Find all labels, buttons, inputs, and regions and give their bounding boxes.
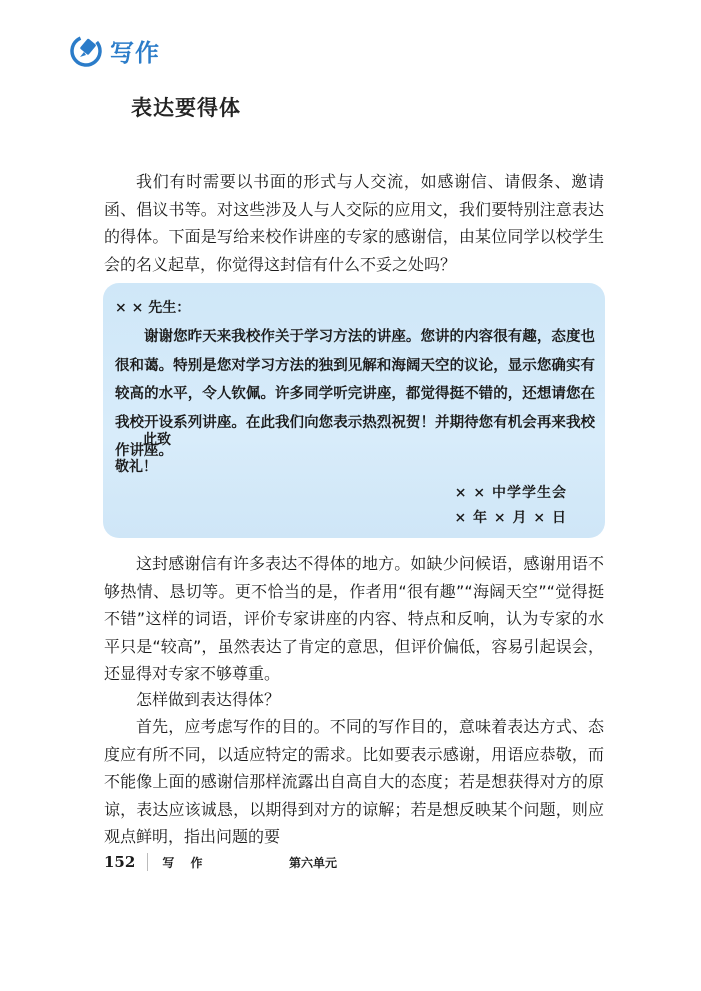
- writing-pen-icon: [70, 35, 102, 67]
- page-footer: 152 写 作 第六单元: [104, 853, 209, 871]
- section-header: 写作: [70, 33, 160, 68]
- page-title: 表达要得体: [131, 92, 241, 122]
- sample-letter-box: × × 先生： 谢谢您昨天来我校作关于学习方法的讲座。您讲的内容很有趣，态度也很…: [103, 283, 605, 538]
- intro-paragraph: 我们有时需要以书面的形式与人交流，如感谢信、请假条、邀请函、倡议书等。对这些涉及…: [104, 168, 604, 278]
- page-number: 152: [104, 853, 135, 871]
- letter-closing-1: 此致: [143, 429, 171, 449]
- footer-section: 写 作: [162, 854, 208, 871]
- letter-salutation: × × 先生：: [115, 297, 190, 317]
- footer-divider: [147, 853, 148, 871]
- analysis-paragraph: 这封感谢信有许多表达不得体的地方。如缺少问候语，感谢用语不够热情、恳切等。更不恰…: [104, 550, 604, 688]
- letter-closing-2: 敬礼！: [115, 456, 157, 476]
- letter-body: 谢谢您昨天来我校作关于学习方法的讲座。您讲的内容很有趣，态度也很和蔼。特别是您对…: [115, 323, 595, 466]
- question-paragraph: 怎样做到表达得体？: [104, 686, 604, 714]
- first-point-paragraph: 首先，应考虑写作的目的。不同的写作目的，意味着表达方式、态度应有所不同，以适应特…: [104, 713, 604, 851]
- letter-signature: × × 中学学生会: [455, 482, 567, 502]
- footer-unit: 第六单元: [289, 854, 337, 871]
- letter-date: × 年 × 月 × 日: [454, 507, 567, 527]
- section-title: 写作: [110, 33, 160, 68]
